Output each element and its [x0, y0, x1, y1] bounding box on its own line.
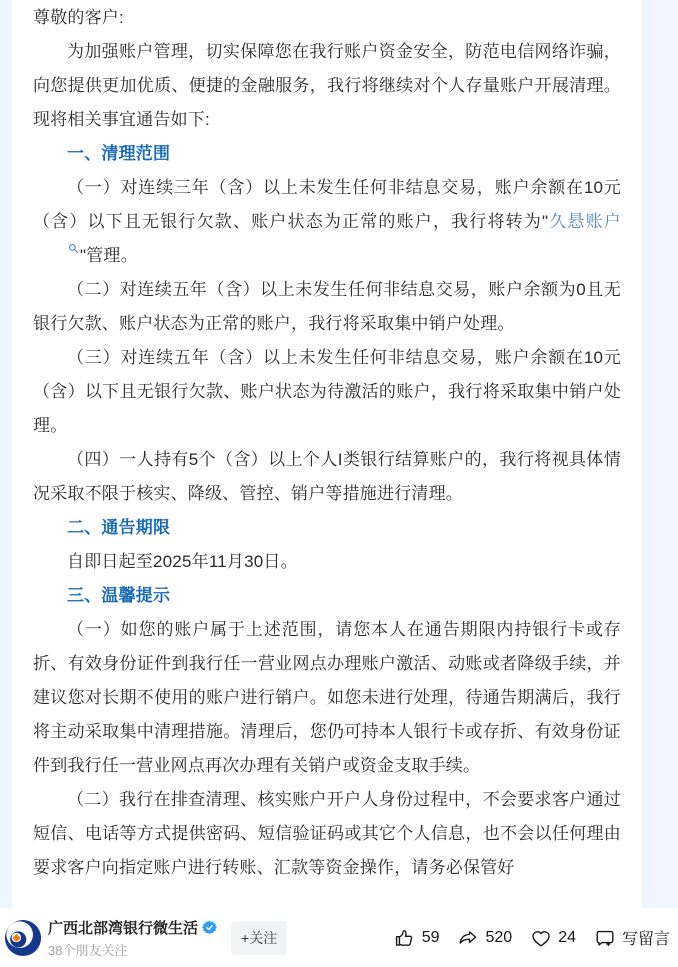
section1-item4: （四）一人持有5个（含）以上个人I类银行结算账户的，我行将视具体情况采取不限于核…: [33, 443, 621, 511]
section3-heading: 三、温馨提示: [33, 579, 621, 613]
comment-button[interactable]: 写留言: [594, 926, 670, 949]
follow-button[interactable]: +关注: [231, 921, 287, 955]
section1-item2: （二）对连续五年（含）以上未发生任何非结息交易，账户余额为0且无银行欠款、账户状…: [33, 273, 621, 341]
section1-item3: （三）对连续五年（含）以上未发生任何非结息交易，账户余额在10元（含）以下且无银…: [33, 341, 621, 443]
account-section: 广西北部湾银行微生活 38个朋友关注 +关注: [4, 917, 394, 959]
salutation: 尊敬的客户:: [33, 1, 621, 35]
comment-plus-icon: [594, 927, 616, 949]
like-button[interactable]: 59: [394, 927, 440, 949]
share-count: 520: [485, 929, 512, 947]
wechat-article-page: 尊敬的客户: 为加强账户管理，切实保障您在我行账户资金安全，防范电信网络诈骗，向…: [0, 0, 678, 967]
heart-button[interactable]: 24: [530, 927, 576, 949]
section2-body: 自即日起至2025年11月30日。: [33, 545, 621, 579]
intro-paragraph: 为加强账户管理，切实保障您在我行账户资金安全，防范电信网络诈骗，向您提供更加优质…: [33, 35, 621, 137]
share-arrow-icon: [457, 927, 479, 949]
heart-count: 24: [558, 929, 576, 947]
account-avatar[interactable]: [4, 919, 42, 957]
like-count: 59: [422, 929, 440, 947]
account-info: 广西北部湾银行微生活 38个朋友关注: [48, 917, 217, 959]
verified-badge-icon: [202, 920, 217, 935]
bottom-bar: 广西北部湾银行微生活 38个朋友关注 +关注 59: [0, 908, 678, 967]
section1-item1-before: （一）对连续三年（含）以上未发生任何非结息交易，账户余额在10元（含）以下且无银…: [33, 178, 621, 231]
section2-heading: 二、通告期限: [33, 511, 621, 545]
comment-label: 写留言: [622, 926, 670, 949]
bank-logo-icon: [4, 919, 42, 957]
section1-item1-after: "管理。: [80, 246, 138, 265]
section3-item1: （一）如您的账户属于上述范围，请您本人在通告期限内持银行卡或存折、有效身份证件到…: [33, 613, 621, 783]
thumbs-up-icon: [394, 927, 416, 949]
search-icon[interactable]: [34, 243, 79, 254]
article-actions: 59 520 24 写留言: [394, 926, 670, 949]
account-name[interactable]: 广西北部湾银行微生活: [48, 917, 198, 938]
section1-item1: （一）对连续三年（含）以上未发生任何非结息交易，账户余额在10元（含）以下且无银…: [33, 171, 621, 273]
section1-heading: 一、清理范围: [33, 137, 621, 171]
article-container: 尊敬的客户: 为加强账户管理，切实保障您在我行账户资金安全，防范电信网络诈骗，向…: [12, 0, 642, 908]
section3-item2: （二）我行在排查清理、核实账户开户人身份过程中，不会要求客户通过短信、电话等方式…: [33, 783, 621, 885]
followers-count: 38个朋友关注: [48, 940, 217, 959]
share-button[interactable]: 520: [457, 927, 512, 949]
article-body: 尊敬的客户: 为加强账户管理，切实保障您在我行账户资金安全，防范电信网络诈骗，向…: [33, 1, 621, 885]
account-name-row[interactable]: 广西北部湾银行微生活: [48, 917, 217, 938]
dormant-account-link[interactable]: 久悬账户: [548, 212, 621, 231]
heart-icon: [530, 927, 552, 949]
